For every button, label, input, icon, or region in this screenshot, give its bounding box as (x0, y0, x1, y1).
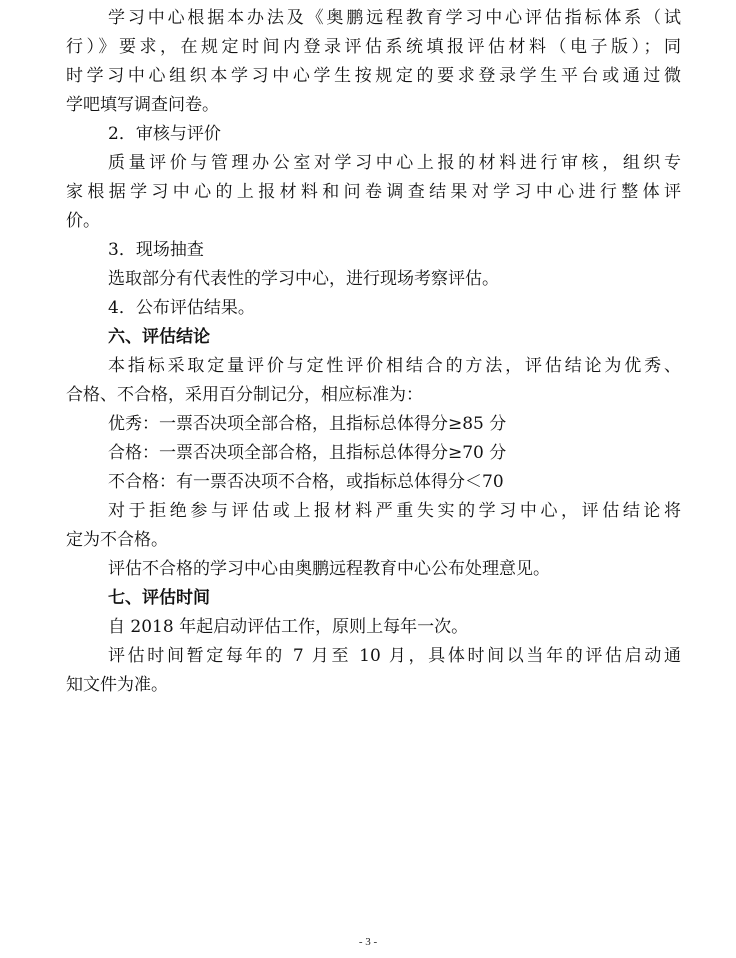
paragraph-line: 质量评价与管理办公室对学习中心上报的材料进行审核，组织专 (66, 149, 681, 178)
subheading-publish-results: 4．公布评估结果。 (66, 294, 681, 323)
paragraph-line: 知文件为准。 (66, 671, 681, 700)
subheading-review: 2．审核与评价 (66, 120, 681, 149)
paragraph-line: 定为不合格。 (66, 526, 681, 555)
criteria-fail: 不合格：有一票否决项不合格，或指标总体得分＜70 (66, 468, 681, 497)
paragraph-line: 时学习中心组织本学习中心学生按规定的要求登录学生平台或通过微 (66, 62, 681, 91)
paragraph-line: 对于拒绝参与评估或上报材料严重失实的学习中心，评估结论将 (66, 497, 681, 526)
paragraph-line: 家根据学习中心的上报材料和问卷调查结果对学习中心进行整体评 (66, 178, 681, 207)
paragraph-line: 价。 (66, 207, 681, 236)
paragraph-line: 学吧填写调查问卷。 (66, 91, 681, 120)
paragraph-line: 本指标采取定量评价与定性评价相结合的方法，评估结论为优秀、 (66, 352, 681, 381)
subheading-spot-check: 3．现场抽查 (66, 236, 681, 265)
paragraph-line: 选取部分有代表性的学习中心，进行现场考察评估。 (66, 265, 681, 294)
paragraph-line: 行）》要求，在规定时间内登录评估系统填报评估材料（电子版）；同 (66, 33, 681, 62)
criteria-pass: 合格：一票否决项全部合格，且指标总体得分≥70 分 (66, 439, 681, 468)
page-number: - 3 - (0, 936, 736, 948)
criteria-excellent: 优秀：一票否决项全部合格，且指标总体得分≥85 分 (66, 410, 681, 439)
paragraph-line: 自 2018 年起启动评估工作，原则上每年一次。 (66, 613, 681, 642)
paragraph-line: 评估时间暂定每年的 7 月至 10 月，具体时间以当年的评估启动通 (66, 642, 681, 671)
paragraph-line: 合格、不合格，采用百分制记分，相应标准为： (66, 381, 681, 410)
section-heading-time: 七、评估时间 (66, 584, 681, 613)
section-heading-conclusion: 六、评估结论 (66, 323, 681, 352)
paragraph-line: 评估不合格的学习中心由奥鹏远程教育中心公布处理意见。 (66, 555, 681, 584)
paragraph-line: 学习中心根据本办法及《奥鹏远程教育学习中心评估指标体系（试 (66, 4, 681, 33)
document-body: 学习中心根据本办法及《奥鹏远程教育学习中心评估指标体系（试 行）》要求，在规定时… (66, 4, 681, 700)
